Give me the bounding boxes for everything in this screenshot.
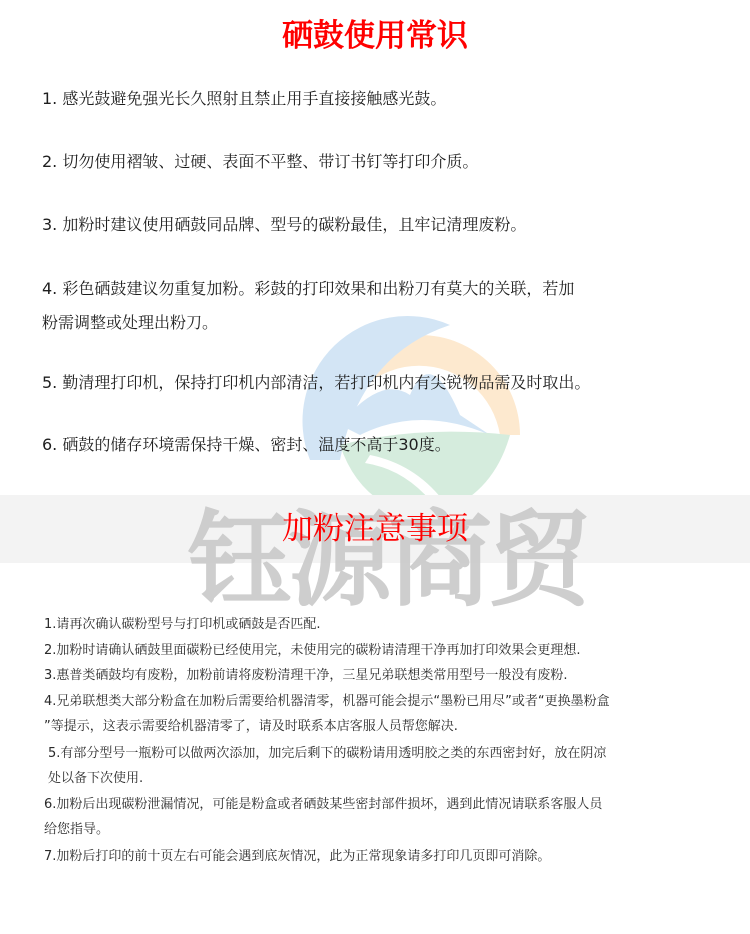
drum-tip-1: 1. 感光鼓避免强光长久照射且禁止用手直接接触感光鼓。 (42, 82, 446, 116)
drum-tip-3: 3. 加粉时建议使用硒鼓同品牌、型号的碳粉最佳，且牢记清理废粉。 (42, 208, 526, 242)
refill-note-7: 7.加粉后打印的前十页左右可能会遇到底灰情况，此为正常现象请多打印几页即可消除。 (44, 845, 550, 869)
refill-note-6-cont: 给您指导。 (44, 818, 109, 842)
drum-tip-4: 4. 彩色硒鼓建议勿重复加粉。彩鼓的打印效果和出粉刀有莫大的关联，若加 (42, 272, 574, 306)
refill-note-2: 2.加粉时请确认硒鼓里面碳粉已经使用完，未使用完的碳粉请清理干净再加打印效果会更… (44, 639, 581, 663)
refill-note-3: 3.惠普类硒鼓均有废粉，加粉前请将废粉清理干净，三星兄弟联想类常用型号一般没有废… (44, 664, 568, 688)
drum-tip-6: 6. 硒鼓的储存环境需保持干燥、密封、温度不高于30度。 (42, 428, 451, 462)
refill-note-1: 1.请再次确认碳粉型号与打印机或硒鼓是否匹配. (44, 613, 321, 637)
refill-note-4: 4.兄弟联想类大部分粉盒在加粉后需要给机器清零，机器可能会提示“墨粉已用尽”或者… (44, 690, 610, 714)
section-title-refill-notes: 加粉注意事项 (0, 507, 750, 551)
refill-note-4-cont: ”等提示，这表示需要给机器清零了，请及时联系本店客服人员帮您解决. (44, 715, 458, 739)
refill-note-5: 5.有部分型号一瓶粉可以做两次添加，加完后剩下的碳粉请用透明胶之类的东西密封好，… (48, 742, 606, 766)
refill-note-5-cont: 处以备下次使用. (48, 767, 143, 791)
drum-tip-4-cont: 粉需调整或处理出粉刀。 (42, 306, 218, 340)
section-title-drum-usage: 硒鼓使用常识 (0, 14, 750, 58)
refill-note-6: 6.加粉后出现碳粉泄漏情况，可能是粉盒或者硒鼓某些密封部件损坏，遇到此情况请联系… (44, 793, 602, 817)
drum-tip-5: 5. 勤清理打印机，保持打印机内部清洁，若打印机内有尖锐物品需及时取出。 (42, 366, 590, 400)
company-logo-watermark (300, 285, 540, 520)
drum-tip-2: 2. 切勿使用褶皱、过硬、表面不平整、带订书钉等打印介质。 (42, 145, 478, 179)
